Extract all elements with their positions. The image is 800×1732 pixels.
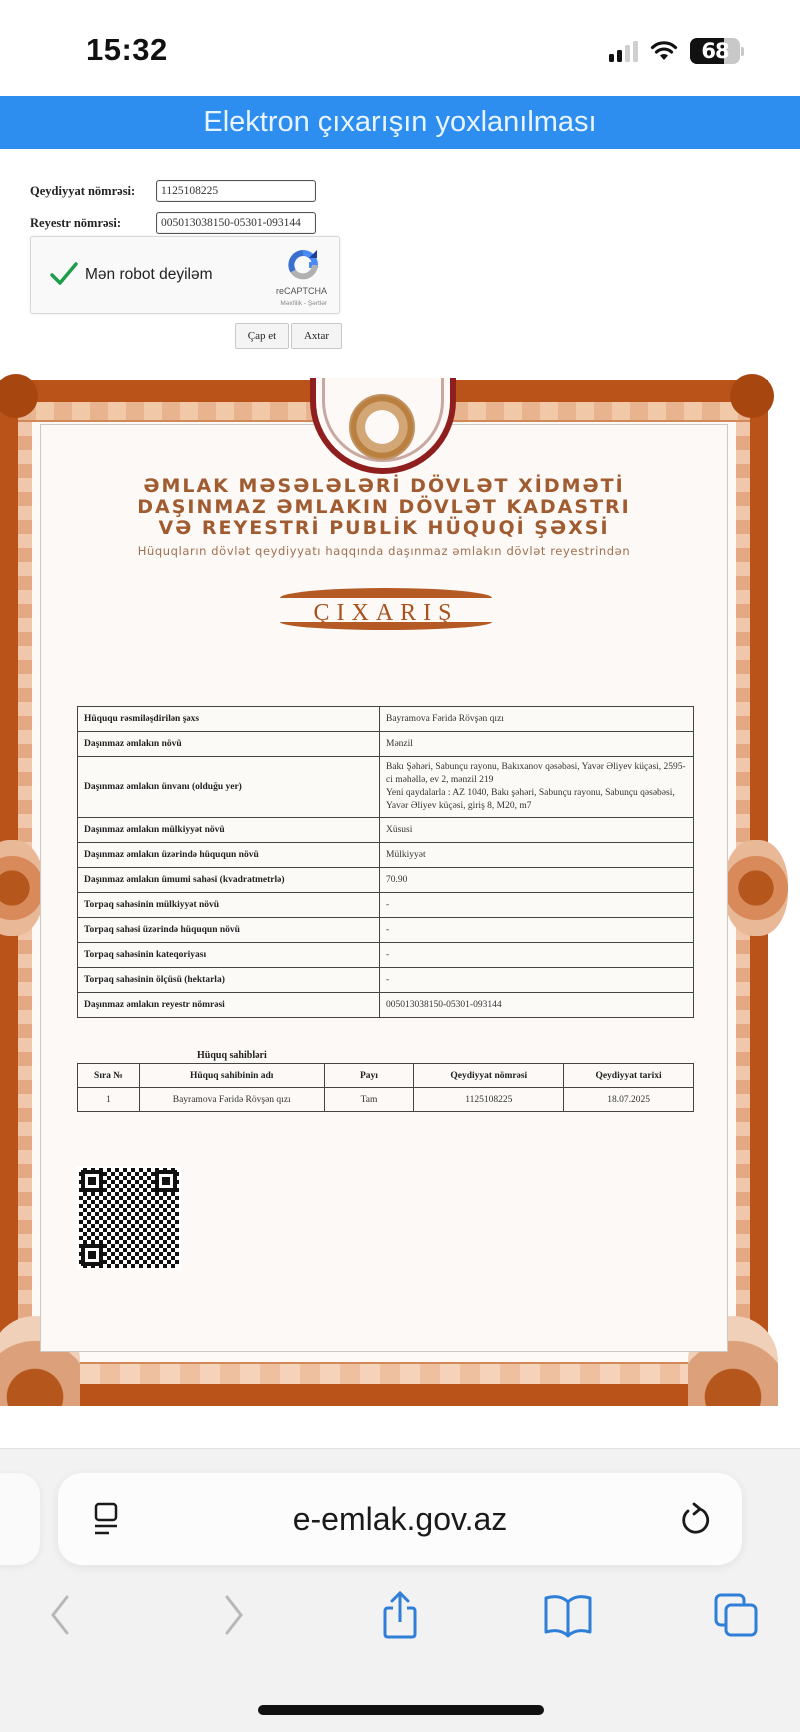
page-title: Elektron çıxarışın yoxlanılması: [0, 96, 800, 149]
back-button[interactable]: [32, 1587, 88, 1643]
back-chevron-icon[interactable]: [49, 1594, 71, 1636]
property-info-table: Hüququ rəsmiləşdirilən şəxsBayramova Fər…: [77, 706, 694, 1018]
row-value-text: -: [386, 949, 687, 962]
column-header: Hüquq sahibinin adı: [139, 1064, 324, 1088]
row-value-text: Bayramova Fəridə Rövşən qızı: [386, 713, 687, 726]
border-ornament-bottom: [60, 1362, 708, 1384]
status-icons: 68: [609, 38, 744, 64]
captcha-label: Mən robot deyiləm: [85, 266, 213, 284]
row-value-text: Bakı Şəhəri, Sabunçu rayonu, Bakıxanov q…: [386, 761, 687, 787]
table-row: Hüququ rəsmiləşdirilən şəxsBayramova Fər…: [78, 707, 694, 732]
row-value: Xüsusi: [380, 818, 694, 843]
table-row: Daşınmaz əmlakın növüMənzil: [78, 732, 694, 757]
document-type-banner: ÇIXARIŞ: [280, 582, 492, 634]
table-cell: Bayramova Fəridə Rövşən qızı: [139, 1088, 324, 1112]
registration-number-label: Qeydiyyat nömrəsi:: [30, 184, 156, 199]
battery-percent: 68: [701, 39, 728, 63]
table-cell: 1125108225: [414, 1088, 564, 1112]
row-value-text: Xüsusi: [386, 824, 687, 837]
row-label: Torpaq sahəsinin mülkiyyət növü: [78, 893, 380, 918]
table-row: Daşınmaz əmlakın üzərində hüququn növüMü…: [78, 843, 694, 868]
search-button[interactable]: Axtar: [291, 323, 342, 349]
row-label: Daşınmaz əmlakın növü: [78, 732, 380, 757]
row-label: Torpaq sahəsinin ölçüsü (hektarla): [78, 968, 380, 993]
row-label: Torpaq sahəsinin kateqoriyası: [78, 943, 380, 968]
row-label: Hüququ rəsmiləşdirilən şəxs: [78, 707, 380, 732]
row-value: -: [380, 943, 694, 968]
recaptcha-terms-link[interactable]: Məxfilik - Şərtlər: [280, 300, 327, 307]
browser-toolbar: e-emlak.gov.az: [0, 1448, 800, 1732]
column-header: Qeydiyyat nömrəsi: [414, 1064, 564, 1088]
recaptcha-logo-icon: [285, 249, 321, 281]
verification-form: Qeydiyyat nömrəsi: Reyestr nömrəsi:: [30, 178, 316, 242]
forward-button[interactable]: [206, 1587, 262, 1643]
table-row: Daşınmaz əmlakın reyestr nömrəsi00501303…: [78, 993, 694, 1018]
certificate-subtitle: Hüquqların dövlət qeydiyyatı haqqında da…: [0, 544, 768, 558]
row-label: Daşınmaz əmlakın ünvanı (olduğu yer): [78, 757, 380, 818]
owners-table: Sıra №Hüquq sahibinin adıPayıQeydiyyat n…: [77, 1063, 694, 1112]
reload-icon[interactable]: [678, 1501, 712, 1537]
cellular-signal-icon: [609, 40, 638, 62]
qr-code: [77, 1166, 181, 1270]
row-value: -: [380, 968, 694, 993]
table-row: Torpaq sahəsi üzərində hüququn növü-: [78, 918, 694, 943]
row-label: Daşınmaz əmlakın reyestr nömrəsi: [78, 993, 380, 1018]
row-value: Bayramova Fəridə Rövşən qızı: [380, 707, 694, 732]
table-row: Torpaq sahəsinin kateqoriyası-: [78, 943, 694, 968]
bookmarks-book-icon[interactable]: [542, 1592, 594, 1638]
row-label: Torpaq sahəsi üzərində hüququn növü: [78, 918, 380, 943]
side-rosette-icon: [724, 840, 788, 936]
state-emblem-icon: [349, 394, 415, 460]
status-bar: 15:32 68: [0, 0, 800, 96]
table-cell: Tam: [324, 1088, 414, 1112]
row-label: Daşınmaz əmlakın üzərində hüququn növü: [78, 843, 380, 868]
owners-caption: Hüquq sahibləri: [197, 1050, 267, 1061]
browser-nav-row: [0, 1587, 800, 1647]
row-value-text: Mülkiyyət: [386, 849, 687, 862]
share-icon[interactable]: [380, 1590, 420, 1640]
column-header: Payı: [324, 1064, 414, 1088]
row-value-extra: Yeni qaydalarla : AZ 1040, Bakı şəhəri, …: [386, 787, 687, 813]
battery-icon: 68: [690, 38, 740, 64]
tabs-button[interactable]: [708, 1587, 764, 1643]
table-row: Torpaq sahəsinin ölçüsü (hektarla)-: [78, 968, 694, 993]
status-time: 15:32: [86, 32, 168, 68]
row-value: 70.90: [380, 868, 694, 893]
row-value: 005013038150-05301-093144: [380, 993, 694, 1018]
bookmarks-button[interactable]: [540, 1587, 596, 1643]
table-cell: 1: [78, 1088, 140, 1112]
recaptcha-widget[interactable]: Mən robot deyiləm reCAPTCHA Məxfilik - Ş…: [30, 236, 340, 314]
row-value-text: -: [386, 924, 687, 937]
print-button[interactable]: Çap et: [235, 323, 289, 349]
tabs-icon[interactable]: [712, 1591, 760, 1639]
forward-chevron-icon[interactable]: [223, 1594, 245, 1636]
certificate-document: ƏMLAK MƏSƏLƏLƏRİ DÖVLƏT XİDMƏTİ DAŞINMAZ…: [0, 380, 768, 1406]
recaptcha-brand: reCAPTCHA: [276, 286, 327, 296]
column-header: Qeydiyyat tarixi: [564, 1064, 694, 1088]
row-value: Mülkiyyət: [380, 843, 694, 868]
certificate-issuer: ƏMLAK MƏSƏLƏLƏRİ DÖVLƏT XİDMƏTİ DAŞINMAZ…: [0, 476, 768, 539]
row-value-text: -: [386, 899, 687, 912]
row-label: Daşınmaz əmlakın mülkiyyət növü: [78, 818, 380, 843]
wifi-icon: [650, 40, 678, 62]
row-value-text: 005013038150-05301-093144: [386, 999, 687, 1012]
row-value-text: Mənzil: [386, 738, 687, 751]
checkmark-icon[interactable]: [49, 261, 79, 287]
url-text[interactable]: e-emlak.gov.az: [58, 1501, 742, 1538]
row-value: -: [380, 893, 694, 918]
registry-number-input[interactable]: [156, 212, 316, 234]
table-row: Daşınmaz əmlakın ünvanı (olduğu yer)Bakı…: [78, 757, 694, 818]
previous-tab-peek[interactable]: [0, 1473, 40, 1565]
table-row: Daşınmaz əmlakın ümumi sahəsi (kvadratme…: [78, 868, 694, 893]
row-value: -: [380, 918, 694, 943]
home-indicator[interactable]: [258, 1705, 544, 1715]
row-value: Bakı Şəhəri, Sabunçu rayonu, Bakıxanov q…: [380, 757, 694, 818]
registry-number-label: Reyestr nömrəsi:: [30, 216, 156, 231]
registration-number-input[interactable]: [156, 180, 316, 202]
row-label: Daşınmaz əmlakın ümumi sahəsi (kvadratme…: [78, 868, 380, 893]
row-value-text: -: [386, 974, 687, 987]
row-value-text: 70.90: [386, 874, 687, 887]
column-header: Sıra №: [78, 1064, 140, 1088]
table-cell: 18.07.2025: [564, 1088, 694, 1112]
row-value: Mənzil: [380, 732, 694, 757]
table-row: Daşınmaz əmlakın mülkiyyət növüXüsusi: [78, 818, 694, 843]
table-row: 1Bayramova Fəridə Rövşən qızıTam11251082…: [78, 1088, 694, 1112]
address-bar[interactable]: e-emlak.gov.az: [58, 1473, 742, 1565]
table-row: Torpaq sahəsinin mülkiyyət növü-: [78, 893, 694, 918]
share-button[interactable]: [372, 1587, 428, 1643]
corner-ornament-icon: [730, 374, 774, 418]
